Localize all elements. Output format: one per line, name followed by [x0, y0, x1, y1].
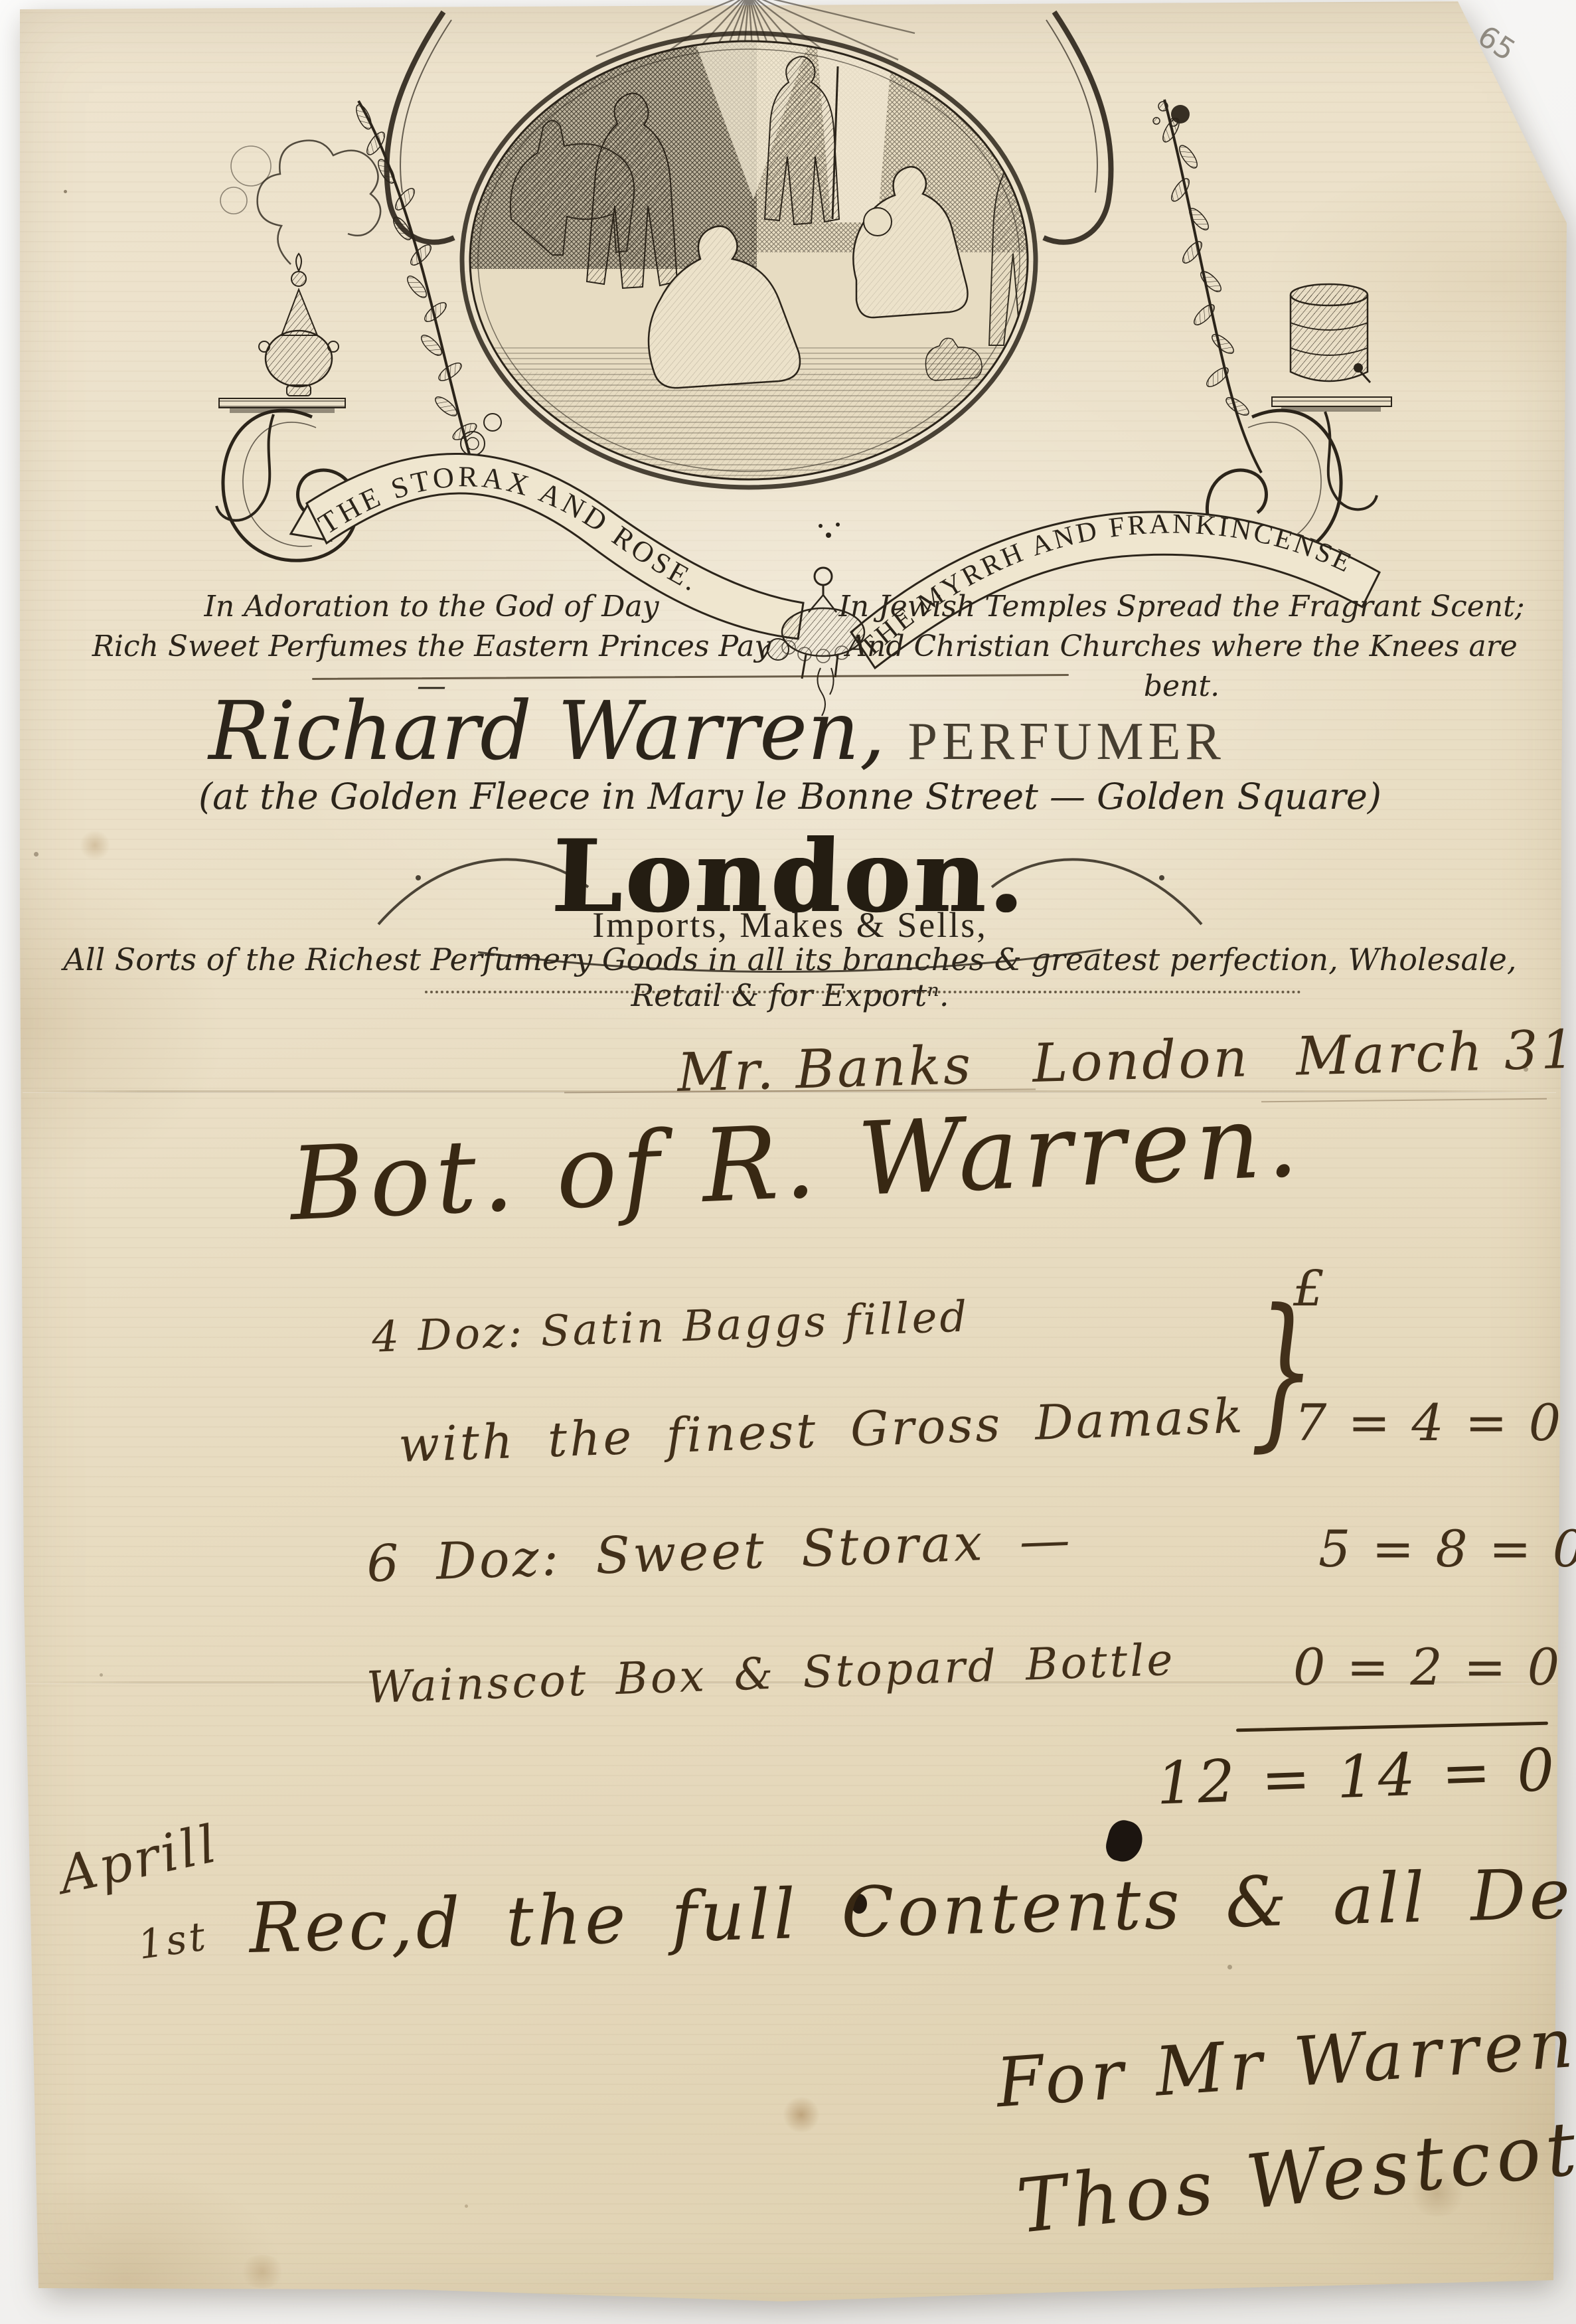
item-amount: 7 = 4 = 0	[1295, 1393, 1563, 1452]
bill-place: London	[1032, 1027, 1251, 1094]
item-amount: 5 = 8 = 0	[1318, 1519, 1576, 1578]
photograph-backdrop: THE STORAX AND ROSE. THE MYRRH AND FRANK…	[0, 0, 1576, 2324]
foxing-stain	[782, 2097, 821, 2133]
trade-title: PERFUMER	[908, 712, 1225, 772]
storax-jar-icon	[1272, 284, 1391, 509]
total-amount: 12 = 14 = 0	[1155, 1735, 1559, 1817]
adoration-scene-vignette	[462, 30, 1190, 498]
verse-right-line1: In Jewish Temples Spread the Fragrant Sc…	[836, 587, 1527, 627]
dotted-divider	[425, 991, 1301, 993]
services-line: Imports, Makes & Sells,	[40, 904, 1540, 946]
receipt-day: 1st	[135, 1913, 211, 1969]
verse-left-line1: In Adoration to the God of Day	[80, 587, 783, 627]
foxing-stain	[239, 2255, 285, 2288]
tagline: All Sorts of the Richest Perfumery Goods…	[40, 942, 1540, 1013]
floral-branch-right-icon	[1153, 100, 1261, 473]
bill-date: March 31 1772	[1295, 1014, 1576, 1088]
proprietor-name: Richard Warren,	[208, 684, 885, 778]
incense-burner-icon	[216, 140, 380, 520]
address-line: (at the Golden Fleece in Mary le Bonne S…	[40, 776, 1540, 817]
customer-name: Mr. Banks	[676, 1034, 974, 1104]
title-line: Richard Warren, PERFUMER	[199, 684, 1235, 778]
currency-symbol: £	[1293, 1260, 1327, 1317]
item-amount: 0 = 2 = 0	[1293, 1637, 1562, 1697]
